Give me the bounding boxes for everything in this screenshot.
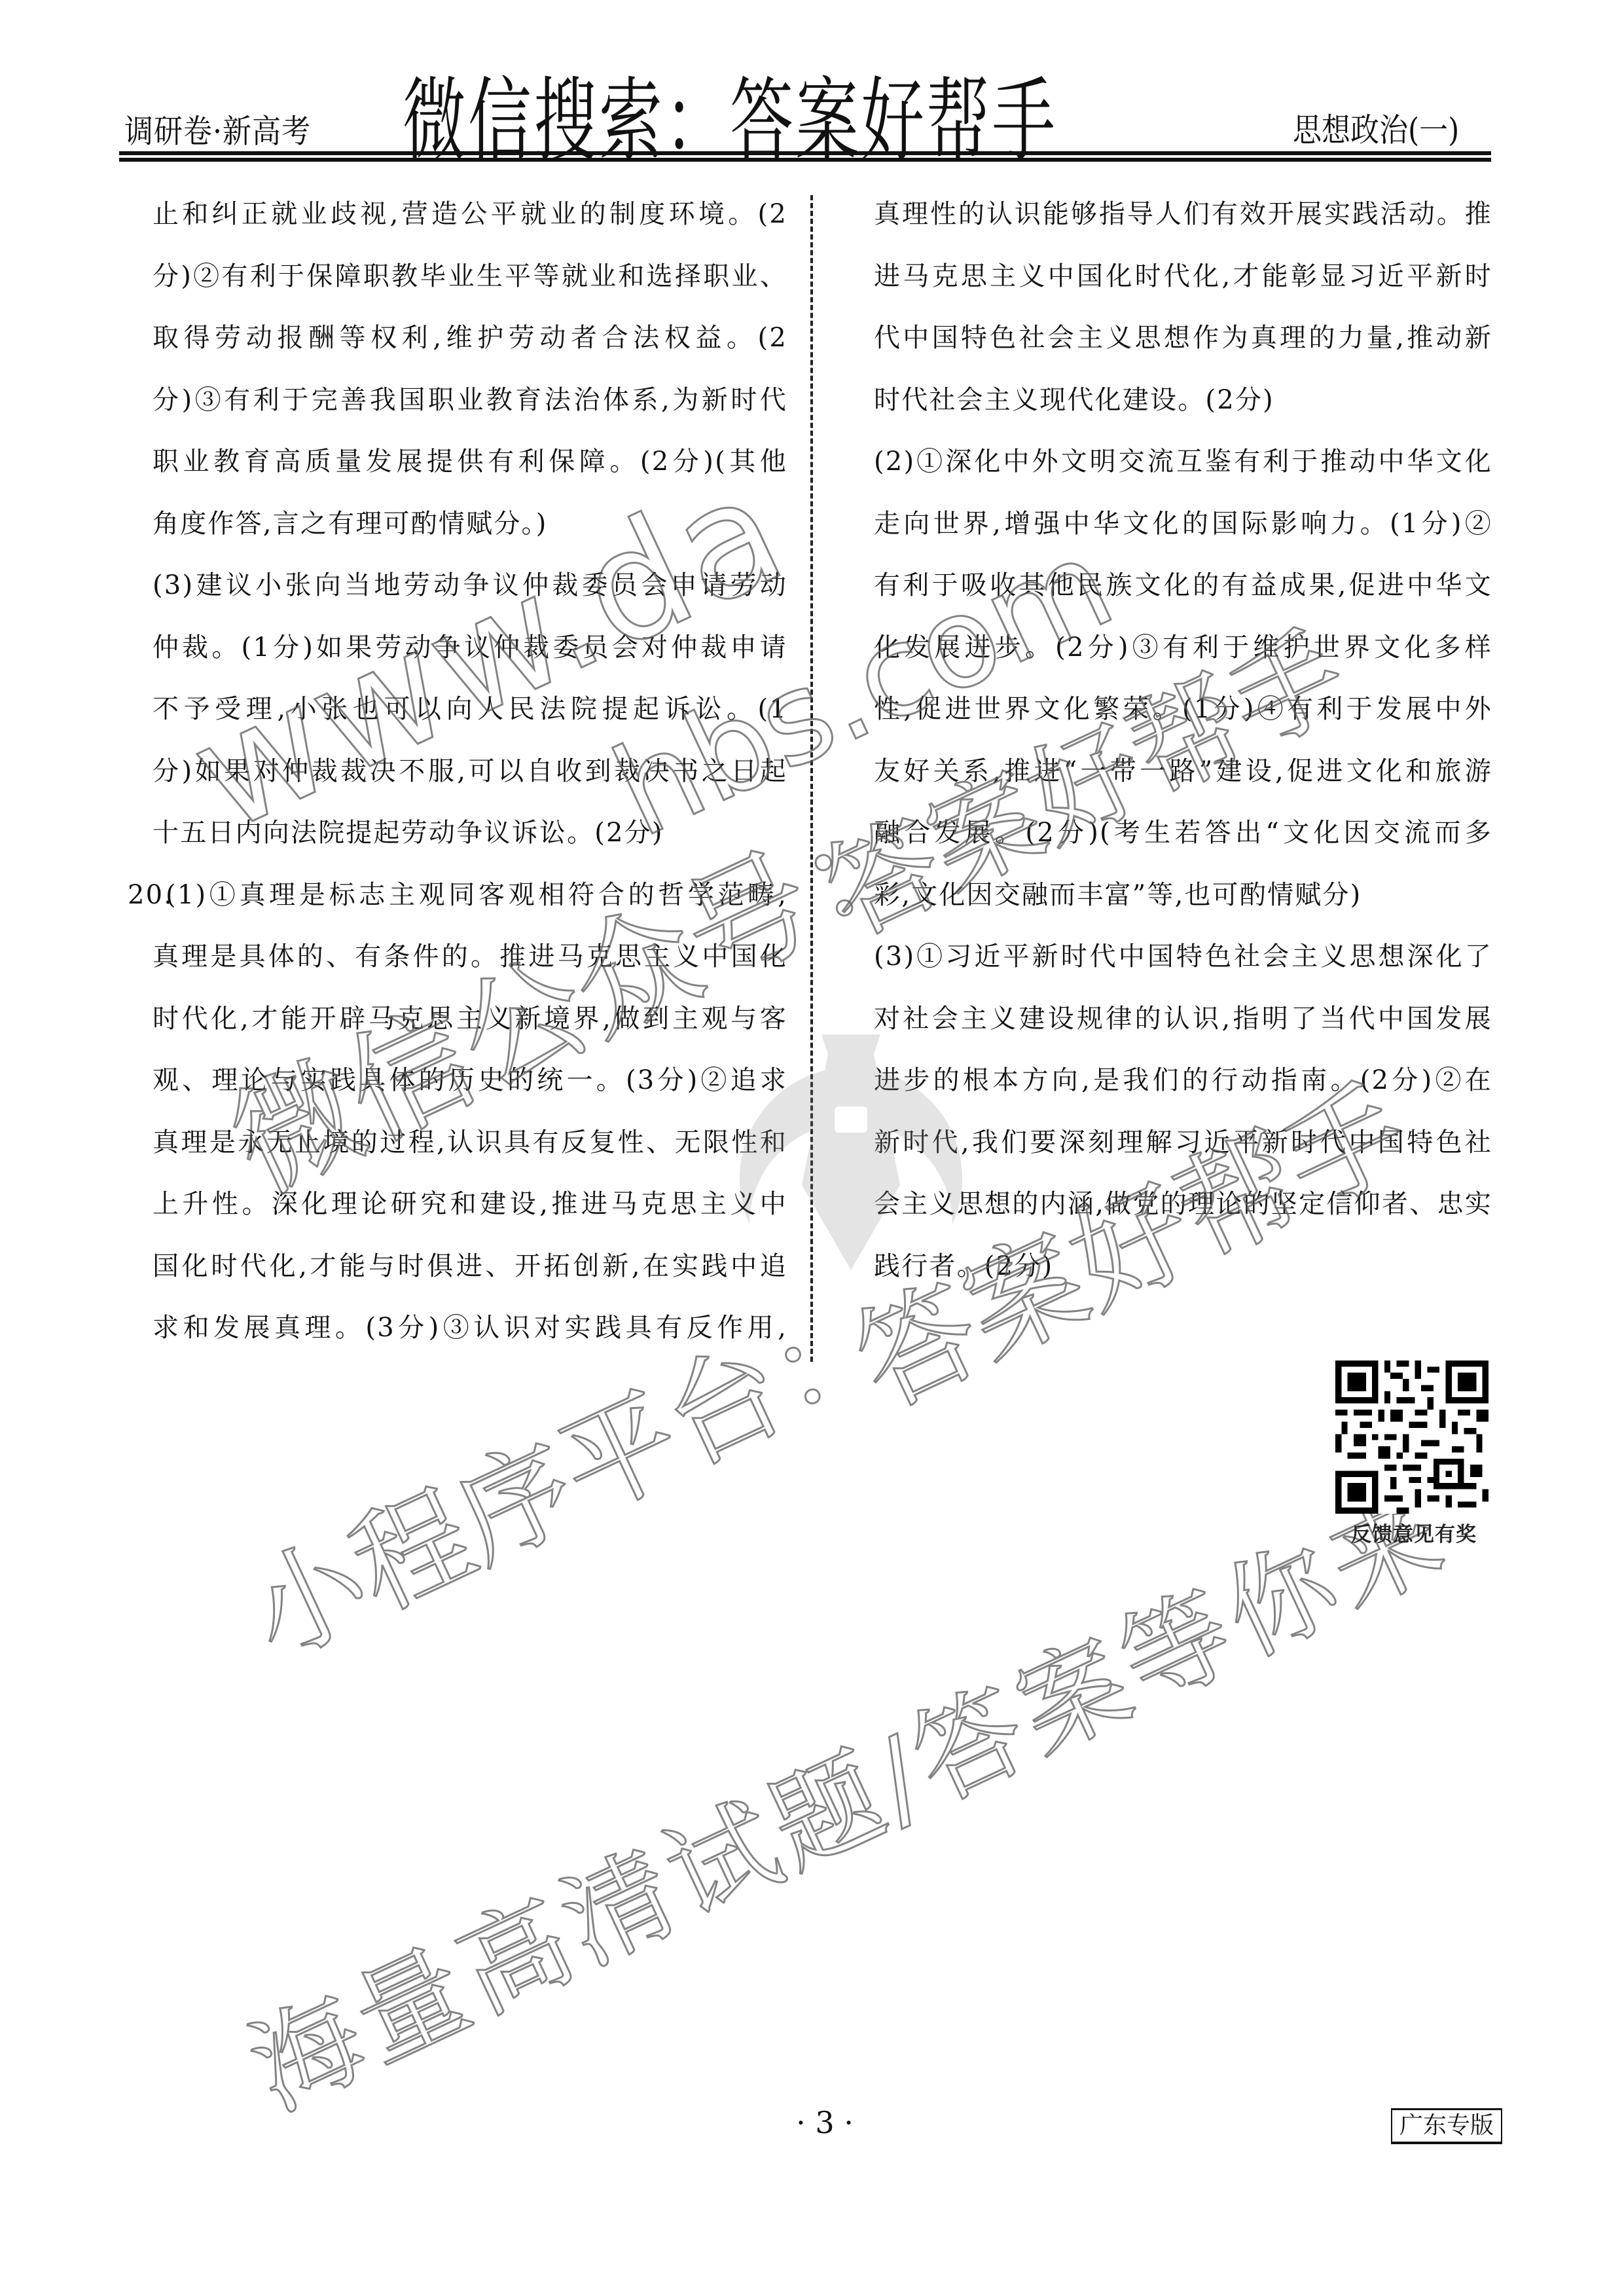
text-line: (2)①深化中外文明交流互鉴有利于推动中华文化 (874, 431, 1492, 493)
text-line: 化发展进步。(2分)③有利于维护世界文化多样 (874, 617, 1492, 679)
text-line: 国化时代化,才能与时俱进、开拓创新,在实践中追 (153, 1235, 787, 1298)
text-line: 仲裁。(1分)如果劳动争议仲裁委员会对仲裁申请 (153, 617, 787, 679)
text-line: 分)如果对仲裁裁决不服,可以自收到裁决书之日起 (153, 740, 787, 803)
text-line: 新时代,我们要深刻理解习近平新时代中国特色社 (874, 1112, 1492, 1174)
text-line: (1)①真理是标志主观同客观相符合的哲学范畴, (166, 880, 787, 910)
text-line: 会主义思想的内涵,做党的理论的坚定信仰者、忠实 (874, 1173, 1492, 1235)
text-line: 上升性。深化理论研究和建设,推进马克思主义中 (153, 1173, 787, 1235)
column-divider (810, 195, 813, 1362)
text-line: (3)建议小张向当地劳动争议仲裁委员会申请劳动 (153, 555, 787, 617)
series-label: 调研卷·新高考 (124, 105, 311, 152)
text-line: 时代社会主义现代化建设。(2分) (874, 369, 1492, 431)
text-line: 践行者。(2分) (874, 1235, 1492, 1298)
text-line: 进马克思主义中国化时代化,才能彰显习近平新时 (874, 246, 1492, 308)
text-line: 止和纠正就业歧视,营造公平就业的制度环境。(2 (153, 183, 787, 246)
text-line: 走向世界,增强中华文化的国际影响力。(1分)② (874, 493, 1492, 555)
text-line: 观、理论与实践具体的历史的统一。(3分)②追求 (153, 1050, 787, 1112)
text-line: 职业教育高质量发展提供有利保障。(2分)(其他 (153, 431, 787, 493)
feedback-qr[interactable]: 反馈意见有奖 (1335, 1361, 1492, 1547)
text-line: 融合发展。(2分)(考生若答出“文化因交流而多 (874, 802, 1492, 864)
right-column: 真理性的认识能够指导人们有效开展实践活动。推 进马克思主义中国化时代化,才能彰显… (874, 183, 1492, 1297)
qr-caption: 反馈意见有奖 (1335, 1518, 1492, 1547)
text-line: 彩,文化因交融而丰富”等,也可酌情赋分) (874, 864, 1492, 926)
question-20-line: 20. (1)①真理是标志主观同客观相符合的哲学范畴, (166, 864, 787, 926)
text-line: 取得劳动报酬等权利,维护劳动者合法权益。(2 (153, 307, 787, 369)
edition-badge: 广东专版 (1391, 2108, 1502, 2144)
text-line: 进步的根本方向,是我们的行动指南。(2分)②在 (874, 1050, 1492, 1112)
question-number: 20. (128, 864, 173, 926)
text-line: 求和发展真理。(3分)③认识对实践具有反作用, (153, 1297, 787, 1359)
text-line: 分)③有利于完善我国职业教育法治体系,为新时代 (153, 369, 787, 431)
text-line: 友好关系,推进“一带一路”建设,促进文化和旅游 (874, 740, 1492, 803)
text-line: 有利于吸收其他民族文化的有益成果,促进中华文 (874, 555, 1492, 617)
text-line: 真理是永无止境的过程,认识具有反复性、无限性和 (153, 1112, 787, 1174)
text-line: 对社会主义建设规律的认识,指明了当代中国发展 (874, 988, 1492, 1050)
left-column: 止和纠正就业歧视,营造公平就业的制度环境。(2 分)②有利于保障职教毕业生平等就… (153, 183, 787, 1359)
answer-key-page: 调研卷·新高考 微信搜索：答案好帮手 思想政治(一) 止和纠正就业歧视,营造公平… (0, 0, 1624, 2283)
text-line: (3)①习近平新时代中国特色社会主义思想深化了 (874, 926, 1492, 988)
text-line: 时代化,才能开辟马克思主义新境界,做到主观与客 (153, 988, 787, 1050)
watermark-slogan: 海量高清试题/答案等你来 (223, 1448, 1469, 2139)
text-line: 真理性的认识能够指导人们有效开展实践活动。推 (874, 183, 1492, 246)
text-line: 性,促进世界文化繁荣。(1分)④有利于发展中外 (874, 678, 1492, 740)
header-rule-top (119, 151, 1491, 155)
text-line: 不予受理,小张也可以向人民法院提起诉讼。(1 (153, 678, 787, 740)
text-line: 十五日内向法院提起劳动争议诉讼。(2分) (153, 802, 787, 864)
header-rule-bottom (119, 158, 1491, 162)
text-line: 分)②有利于保障职教毕业生平等就业和选择职业、 (153, 246, 787, 308)
text-line: 真理是具体的、有条件的。推进马克思主义中国化 (153, 926, 787, 988)
page-number: · 3 · (785, 2105, 864, 2140)
qr-code-icon (1335, 1361, 1489, 1514)
text-line: 角度作答,言之有理可酌情赋分。) (153, 493, 787, 555)
subject-label: 思想政治(一) (1293, 103, 1459, 151)
text-line: 代中国特色社会主义思想作为真理的力量,推动新 (874, 307, 1492, 369)
